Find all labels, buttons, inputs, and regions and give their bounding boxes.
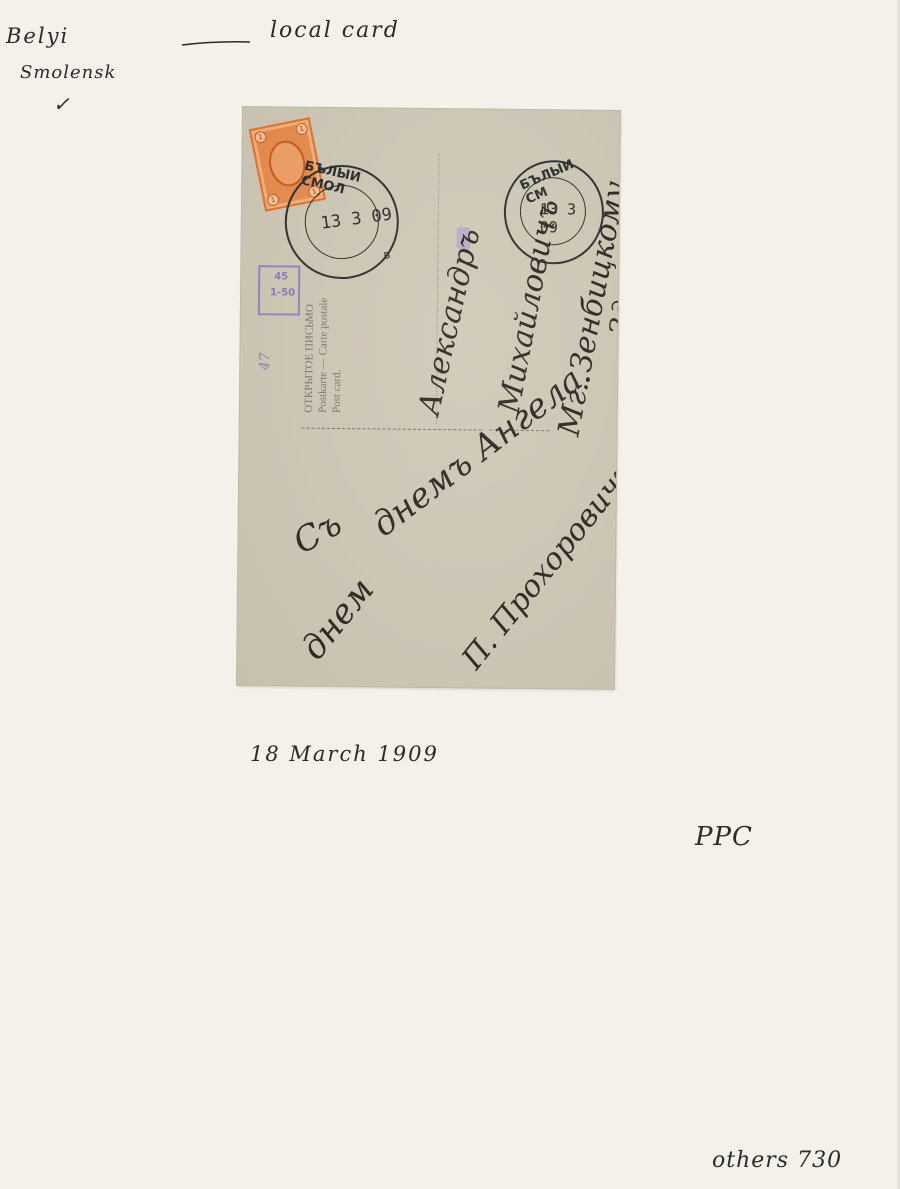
postcard: 1 1 1 1 БЪЛЫИ СМОЛ 13 3 09 в БЪЛЫИ СМ 13… [237,107,620,689]
annotation-reference: others 730 [712,1148,842,1173]
message-line: днем [293,570,382,667]
stamp-corner: 1 [266,193,280,207]
postage-stamp: 1 1 1 1 [249,117,326,212]
check-mark-icon: ✓ [53,92,70,116]
postmark-town: БЪЛЫИ СМОЛ [300,159,394,208]
violet-line-2: 1-50 [270,287,295,298]
violet-line-1: 45 [274,271,288,282]
stamp-corner: 1 [295,122,309,136]
printed-header-line: ОТКРЫТОЕ ПИСЬМО [302,297,317,412]
address-divider [436,154,440,424]
pencil-number: 47 [257,352,273,370]
arrow-line-icon [181,38,251,48]
postmark-cancel: БЪЛЫИ СМОЛ 13 3 09 в [278,158,406,286]
address-line-divider [490,430,550,432]
postmark-arrival: БЪЛЫИ СМ 13 3 09 [503,160,604,265]
postmark-date: 13 3 09 [320,205,394,234]
annotation-place: Belyi [6,24,69,48]
printed-header-line: Postkarte — Carte postale [316,298,331,413]
printed-header: ОТКРЫТОЕ ПИСЬМО Postkarte — Carte postal… [302,297,345,413]
stamp-corner: 1 [253,130,267,144]
postmark-town: БЪЛЫИ СМ [518,147,605,207]
message-line: днемъ Ангела. [365,353,599,545]
annotation-region: Smolensk [20,62,116,83]
coat-of-arms-icon [265,137,309,189]
printed-header-line: Post card. [330,298,345,413]
violet-smudge [457,227,471,249]
violet-handstamp: 45 1-50 [258,265,301,315]
postmark-inner-ring [520,177,587,246]
message-line: Съ [287,504,349,563]
message-signature: П. Прохоровичъ [455,454,620,676]
address-line: Александръ [412,225,488,418]
address-line: Михайловичъ [492,197,566,417]
address-line: Мг. Зенбицкому [552,179,620,439]
annotation-card-type: local card [270,18,400,43]
annotation-category: PPC [695,822,753,852]
address-line-divider [302,428,482,431]
annotation-date: 18 March 1909 [250,742,439,766]
postmark-inner-ring [300,181,383,264]
stamp-corner: 1 [307,185,321,199]
address-line: Здѣсь [603,243,620,338]
postmark-letter: в [382,247,391,262]
postmark-date: 13 3 09 [540,200,602,237]
